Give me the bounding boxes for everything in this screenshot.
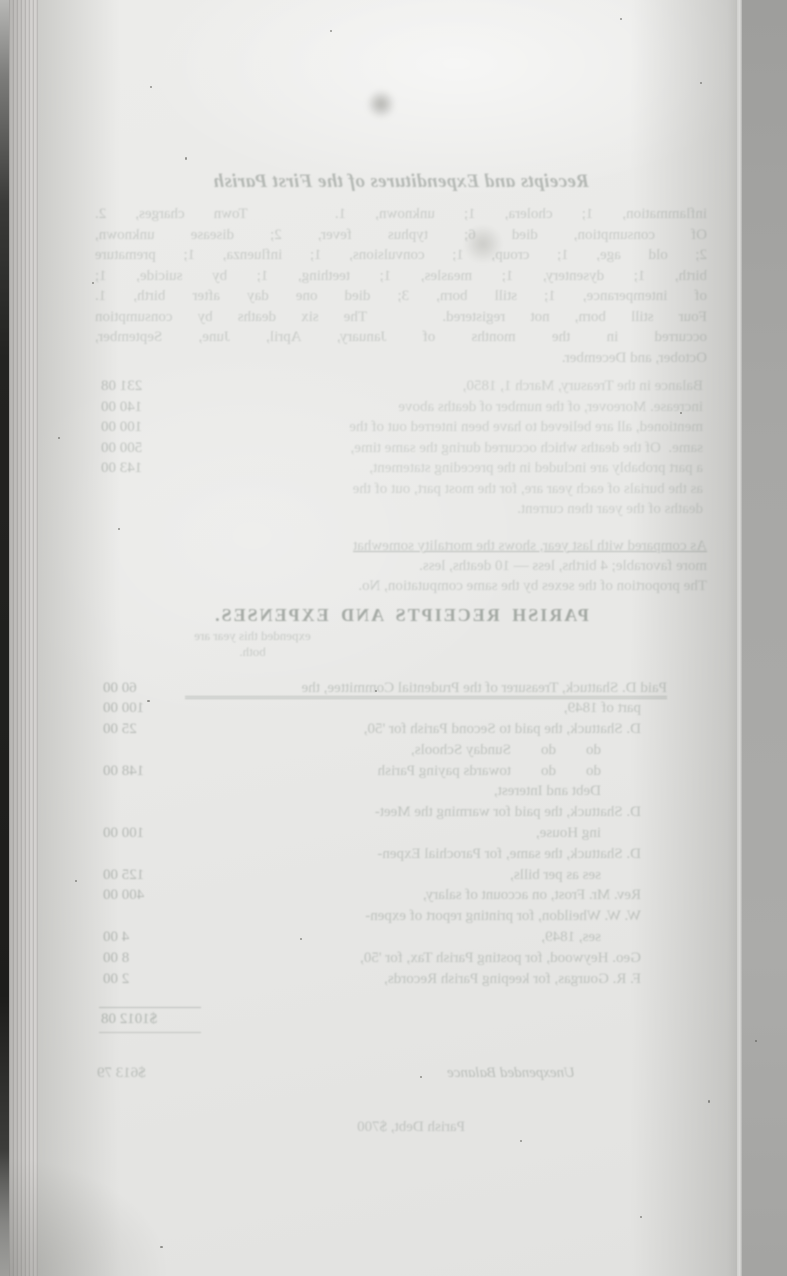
- ghost-balance-row: Unexpended Balance $613 79: [95, 1063, 707, 1084]
- ghost-table-row: D. Shattuck, the paid for warming the Me…: [95, 802, 707, 823]
- dust-speck: [118, 528, 120, 530]
- dust-speck: [75, 880, 77, 882]
- ghost-body-line: occurred in the months of January, April…: [95, 327, 707, 348]
- ghost-total-amount: $1012 08: [99, 1007, 201, 1033]
- ghost-body-line: birth, 1; dysentery, 1; measles, 1; teet…: [95, 266, 707, 287]
- ghost-body-text: deaths of the year then current.: [171, 499, 707, 520]
- ghost-margin-figure: 500 00: [101, 438, 171, 459]
- ghost-body-line: 2; old age, 1; croup, 1; convulsions, 1;…: [95, 245, 707, 266]
- ghost-section-subline: expended this year are both.: [180, 628, 325, 660]
- ghost-table-row: D. Shattuck, the same, for Parochial Exp…: [95, 844, 707, 865]
- ghost-entry-amount: 8 00: [103, 948, 175, 969]
- dust-speck: [700, 82, 702, 84]
- ghost-note-paragraph: As compared with last year, shows the mo…: [95, 536, 707, 596]
- ghost-body-line: Of consumption, died 6; typhus fever, 2;…: [95, 225, 707, 246]
- ghost-entry-label: W. W. Wheildon, for printing report of e…: [175, 906, 707, 927]
- dust-speck: [330, 30, 332, 32]
- ghost-entry-label: D. Shattuck, the paid to Second Parish f…: [175, 719, 707, 740]
- dust-speck: [58, 437, 60, 439]
- ghost-body-line: Four still born, not registered. The six…: [95, 307, 707, 328]
- ghost-account-table: Paid D. Shattuck, Treasurer of the Prude…: [95, 678, 707, 990]
- dust-speck: [680, 412, 682, 414]
- ghost-entry-label: Rev. Mr. Frost, on account of salary,: [175, 885, 707, 906]
- ghost-table-row: ses, 1849, 4 00: [95, 927, 707, 948]
- ghost-body-text: as the burials of each year are, for the…: [171, 479, 707, 500]
- ghost-entry-amount: 148 00: [103, 761, 175, 782]
- ghost-underlined-line: As compared with last year, shows the mo…: [95, 536, 707, 556]
- scanned-book-page: Receipts and Expenditures of the First P…: [0, 0, 787, 1276]
- ghost-table-row: Rev. Mr. Frost, on account of salary, 40…: [95, 885, 707, 906]
- ghost-entry-label: Geo. Heywood, for posting Parish Tax, fo…: [175, 948, 707, 969]
- ghost-bleedthrough-text: Receipts and Expenditures of the First P…: [95, 170, 707, 1138]
- ghost-body-text: increase. Moreover, of the number of dea…: [171, 397, 707, 418]
- ghost-margin-figure: 231 08: [101, 376, 171, 397]
- ghost-table-row: ses as per bills, 125 00: [95, 865, 707, 886]
- ghost-body-text: mentioned, all are believed to have been…: [171, 417, 707, 438]
- ghost-table-row: ing House, 100 00: [95, 823, 707, 844]
- ghost-body-line: increase. Moreover, of the number of dea…: [95, 397, 707, 418]
- ghost-body-line: mentioned, all are believed to have been…: [95, 417, 707, 438]
- ghost-table-row: W. W. Wheildon, for printing report of e…: [95, 906, 707, 927]
- dust-speck: [300, 938, 302, 940]
- ghost-entry-amount: 100 00: [103, 823, 175, 844]
- dust-speck: [520, 1140, 522, 1142]
- ghost-table-row: F. R. Gourgas, for keeping Parish Record…: [95, 969, 707, 990]
- ghost-debt-line: Parish Debt, $700: [95, 1117, 465, 1138]
- ghost-entry-amount: 2 00: [103, 969, 175, 990]
- bottom-left-corner-shadow: [0, 1156, 170, 1276]
- dust-speck: [755, 1040, 757, 1042]
- ghost-margin-figure: 143 00: [101, 458, 171, 479]
- ghost-body-line: same. Of the deaths which occurred durin…: [95, 438, 707, 459]
- ghost-entry-amount: 25 00: [103, 719, 175, 740]
- ghost-entry-label: ses, 1849,: [175, 927, 707, 948]
- ghost-paragraph-with-figures: Balance in the Treasury, March 1, 1850, …: [95, 376, 707, 520]
- ghost-body-line: a part probably are included in the prec…: [95, 458, 707, 479]
- ghost-body-text: same. Of the deaths which occurred durin…: [171, 438, 707, 459]
- ghost-body-line: Balance in the Treasury, March 1, 1850, …: [95, 376, 707, 397]
- ghost-paragraph: inflammation, 1; cholera, 1; unknown, 1.…: [95, 204, 707, 368]
- ghost-table-row: Paid D. Shattuck, Treasurer of the Prude…: [95, 678, 707, 699]
- dust-speck: [150, 86, 152, 88]
- dust-speck: [160, 1246, 163, 1248]
- ghost-entry-label: F. R. Gourgas, for keeping Parish Record…: [175, 969, 707, 990]
- ghost-entry-label: do do towards paying Parish: [175, 761, 707, 782]
- ghost-body-line: of intemperance, 1; still born, 3; died …: [95, 286, 707, 307]
- ghost-body-line: October, and December.: [95, 348, 707, 369]
- dust-speck: [708, 1100, 710, 1103]
- ghost-entry-label: ing House,: [175, 823, 707, 844]
- ghost-table-row: do do towards paying Parish 148 00: [95, 761, 707, 782]
- ghost-entry-label: do do Sunday Schools,: [175, 740, 707, 761]
- ghost-body-line: inflammation, 1; cholera, 1; unknown, 1.…: [95, 204, 707, 225]
- ghost-body-text: a part probably are included in the prec…: [171, 458, 707, 479]
- ghost-entry-label: D. Shattuck, the paid for warming the Me…: [175, 802, 707, 823]
- ghost-table-row: part of 1849, 100 00: [95, 698, 707, 719]
- page-edge-stripes: [8, 0, 38, 1276]
- ghost-entry-label: D. Shattuck, the same, for Parochial Exp…: [175, 844, 707, 865]
- dust-speck: [640, 1216, 642, 1218]
- dust-speck: [185, 157, 187, 160]
- ghost-body-line: as the burials of each year are, for the…: [95, 479, 707, 500]
- ink-smudge: [462, 226, 504, 262]
- ghost-entry-label: Paid D. Shattuck, Treasurer of the Prude…: [175, 678, 707, 699]
- ghost-entry-amount: 125 00: [103, 865, 175, 886]
- book-spine-edge: [0, 0, 9, 1276]
- ghost-entry-label: Debt and Interest,: [175, 781, 707, 802]
- dust-speck: [620, 18, 622, 20]
- ink-smudge: [366, 90, 396, 118]
- ghost-total-row: $1012 08: [95, 1007, 707, 1033]
- ghost-entry-label: ses as per bills,: [175, 865, 707, 886]
- adjacent-page-band: [742, 0, 787, 1276]
- ghost-balance-amount: $613 79: [97, 1063, 183, 1084]
- dust-speck: [147, 700, 150, 702]
- ghost-body-text: Balance in the Treasury, March 1, 1850,: [171, 376, 707, 397]
- ghost-table-row: do do Sunday Schools,: [95, 740, 707, 761]
- ghost-margin-figure: 140 00: [101, 397, 171, 418]
- ghost-running-title: Receipts and Expenditures of the First P…: [95, 170, 707, 194]
- ghost-body-line: deaths of the year then current.: [95, 499, 707, 520]
- ghost-table-row: D. Shattuck, the paid to Second Parish f…: [95, 719, 707, 740]
- ghost-margin-figure: 100 00: [101, 417, 171, 438]
- ghost-table-row: Geo. Heywood, for posting Parish Tax, fo…: [95, 948, 707, 969]
- ghost-entry-amount: 60 00: [103, 678, 175, 699]
- ghost-entry-label: part of 1849,: [175, 698, 707, 719]
- dust-speck: [375, 690, 377, 692]
- ghost-entry-amount: 4 00: [103, 927, 175, 948]
- ghost-table-row: Debt and Interest,: [95, 781, 707, 802]
- dust-speck: [420, 1076, 422, 1078]
- ghost-note-line: more favorable; 4 births, less — 10 deat…: [95, 556, 707, 576]
- ghost-balance-label: Unexpended Balance: [183, 1063, 575, 1084]
- ghost-section-heading: PARISH RECEIPTS AND EXPENSES.: [95, 604, 707, 626]
- ghost-note-line: The proportion of the sexes by the same …: [95, 576, 707, 596]
- ghost-entry-amount: 100 00: [103, 698, 175, 719]
- dust-speck: [92, 282, 94, 284]
- ghost-entry-amount: 400 00: [103, 885, 175, 906]
